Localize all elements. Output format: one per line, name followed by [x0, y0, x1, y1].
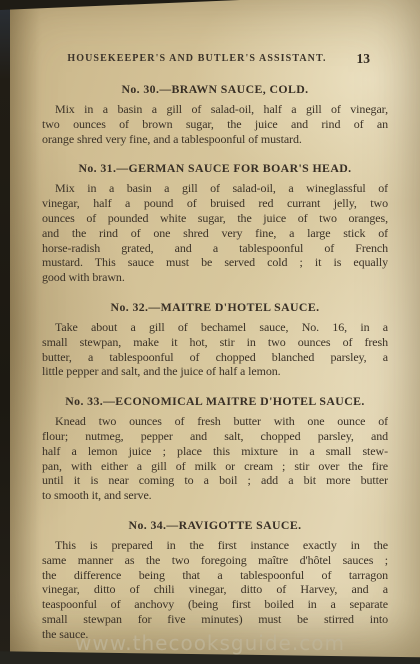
text-line: mustard. This sauce must be served cold …: [42, 255, 388, 270]
section-paragraph: Mix in a basin a gill of salad-oil, half…: [42, 102, 388, 146]
section-heading: No. 30.—BRAWN SAUCE, COLD.: [42, 82, 388, 97]
text-line: good with brawn.: [42, 270, 388, 285]
text-line: two ounces of brown sugar, the juice and…: [42, 117, 388, 132]
text-line: until it is near coming to a boil ; add …: [42, 473, 388, 488]
text-line: orange shred very fine, and a tablespoon…: [42, 132, 388, 147]
text-line: Mix in a basin a gill of salad-oil, half…: [42, 102, 388, 117]
sections: No. 30.—BRAWN SAUCE, COLD.Mix in a basin…: [42, 82, 388, 642]
page-number: 13: [357, 51, 371, 67]
text-line: flour; nutmeg, pepper and salt, chopped …: [42, 429, 388, 444]
text-line: teaspoonful of anchovy (being first boil…: [42, 597, 388, 612]
section-heading: No. 34.—RAVIGOTTE SAUCE.: [42, 518, 388, 533]
section-paragraph: Knead two ounces of fresh butter with on…: [42, 414, 388, 503]
text-line: ounces of pounded white sugar, the juice…: [42, 211, 388, 226]
text-line: butter, a tablespoonful of chopped blanc…: [42, 350, 388, 365]
text-line: vinegar, half a pound of bruised red cur…: [42, 196, 388, 211]
text-line: the difference being that a tablespoonfu…: [42, 568, 388, 583]
running-title: HOUSEKEEPER'S AND BUTLER'S ASSISTANT.: [42, 53, 388, 64]
text-line: same manner as the two foregoing maître …: [42, 553, 388, 568]
page-content: HOUSEKEEPER'S AND BUTLER'S ASSISTANT. 13…: [42, 0, 388, 642]
text-line: half a lemon juice ; place this mixture …: [42, 444, 388, 459]
text-line: Take about a gill of bechamel sauce, No.…: [42, 320, 388, 335]
text-line: to smooth it, and serve.: [42, 488, 388, 503]
text-line: vinegar, ditto of chili vinegar, ditto o…: [42, 582, 388, 597]
text-line: Knead two ounces of fresh butter with on…: [42, 414, 388, 429]
text-line: and the rind of one shred very fine, a l…: [42, 226, 388, 241]
scanned-book-photo: HOUSEKEEPER'S AND BUTLER'S ASSISTANT. 13…: [0, 0, 420, 664]
watermark-text: www.thecooksguide.com: [0, 631, 420, 655]
text-line: pan, with either a gill of milk or cream…: [42, 459, 388, 474]
text-line: Mix in a basin a gill of salad-oil, a wi…: [42, 181, 388, 196]
section-paragraph: Mix in a basin a gill of salad-oil, a wi…: [42, 181, 388, 285]
section-paragraph: This is prepared in the first instance e…: [42, 538, 388, 642]
text-line: horse-radish grated, and a tablespoonful…: [42, 241, 388, 256]
text-line: small stewpan, make it hot, stir in two …: [42, 335, 388, 350]
page-gutter-shadow: [10, 0, 40, 664]
section-heading: No. 33.—ECONOMICAL MAITRE D'HOTEL SAUCE.: [42, 394, 388, 409]
text-line: small stewpan for five minutes) must be …: [42, 612, 388, 627]
section-heading: No. 31.—GERMAN SAUCE FOR BOAR'S HEAD.: [42, 161, 388, 176]
text-line: little pepper and salt, and the juice of…: [42, 364, 388, 379]
section-paragraph: Take about a gill of bechamel sauce, No.…: [42, 320, 388, 379]
photo-edge-left: [0, 0, 10, 664]
text-line: This is prepared in the first instance e…: [42, 538, 388, 553]
running-head: HOUSEKEEPER'S AND BUTLER'S ASSISTANT. 13: [42, 53, 388, 67]
section-heading: No. 32.—MAITRE D'HOTEL SAUCE.: [42, 300, 388, 315]
